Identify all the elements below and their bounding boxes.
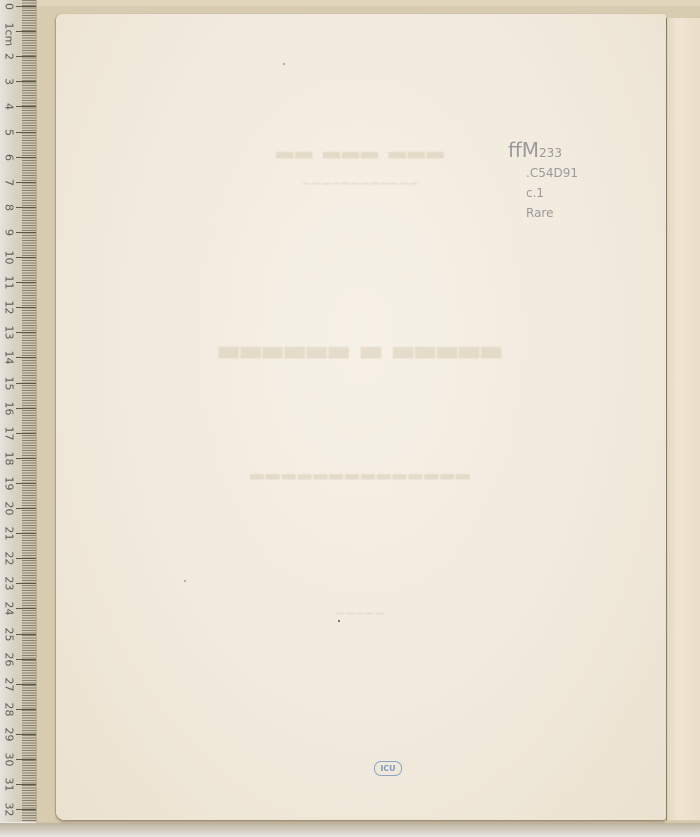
ruler-major-tick	[16, 6, 36, 7]
ruler-number: 25	[4, 625, 15, 643]
ruler-major-tick	[16, 81, 36, 82]
ruler-number: 9	[4, 223, 15, 241]
ruler-number: 3	[4, 73, 15, 91]
ruler-number: 11	[4, 274, 15, 292]
ruler-number: 19	[4, 474, 15, 492]
call-prefix: ff	[508, 138, 522, 162]
ruler-number: 21	[4, 525, 15, 543]
ruler-major-tick	[16, 458, 36, 459]
ruler-major-tick	[16, 56, 36, 57]
ruler-major-tick	[16, 408, 36, 409]
ruler-major-tick	[16, 31, 36, 32]
ruler-major-tick	[16, 734, 36, 735]
paper-speck	[184, 580, 186, 582]
ruler-number: 4	[4, 98, 15, 116]
show-through-text-author: ▃▃▃▃▃▃ ▃ ▃▃▃▃▃	[56, 329, 666, 359]
ruler-number: 29	[4, 725, 15, 743]
call-main: M	[522, 138, 539, 162]
ruler-major-tick	[16, 332, 36, 333]
ruler-major-tick	[16, 106, 36, 107]
ruler-major-tick	[16, 558, 36, 559]
ruler-number: 27	[4, 675, 15, 693]
call-number-class: ffM233	[508, 140, 578, 163]
show-through-text-imprint: ▁▁▁▁▁	[56, 604, 666, 615]
ruler-number: 2	[4, 48, 15, 66]
rare-label: Rare	[508, 203, 578, 223]
ruler-major-tick	[16, 659, 36, 660]
ruler-number: 24	[4, 600, 15, 618]
ruler-major-tick	[16, 809, 36, 810]
paper-speck	[283, 63, 285, 65]
copy-number: c.1	[508, 183, 578, 203]
pencil-call-number: ffM233 .C54D91 c.1 Rare	[508, 140, 578, 223]
ruler-major-tick	[16, 508, 36, 509]
ruler-major-tick	[16, 433, 36, 434]
ruler-number: 5	[4, 123, 15, 141]
call-number-cutter: .C54D91	[508, 163, 578, 183]
ruler-number: 14	[4, 349, 15, 367]
ruler-major-tick	[16, 759, 36, 760]
ruler-ticks	[22, 0, 36, 822]
ruler-number: 26	[4, 650, 15, 668]
ruler-major-tick	[16, 533, 36, 534]
measurement-ruler: 01cm234567891011121314151617181920212223…	[0, 0, 37, 822]
adjacent-page-edge	[666, 18, 700, 820]
ruler-major-tick	[16, 784, 36, 785]
ruler-number: 15	[4, 374, 15, 392]
ruler-major-tick	[16, 207, 36, 208]
ruler-major-tick	[16, 383, 36, 384]
call-sub: 233	[539, 146, 562, 160]
ruler-number: 10	[4, 249, 15, 267]
ruler-major-tick	[16, 684, 36, 685]
ruler-number: 17	[4, 424, 15, 442]
ruler-major-tick	[16, 583, 36, 584]
scanner-bed-edge	[0, 823, 700, 837]
ruler-major-tick	[16, 232, 36, 233]
ruler-number: 32	[4, 801, 15, 819]
ruler-major-tick	[16, 132, 36, 133]
ruler-number: 6	[4, 148, 15, 166]
ruler-major-tick	[16, 608, 36, 609]
ruler-major-tick	[16, 634, 36, 635]
show-through-text-line: ▂▂▂▂▂▂▂▂▂▂▂▂▂▂	[56, 459, 666, 480]
ruler-number: 23	[4, 575, 15, 593]
ruler-number: 8	[4, 198, 15, 216]
ruler-number: 13	[4, 324, 15, 342]
ruler-number: 16	[4, 399, 15, 417]
ruler-major-tick	[16, 157, 36, 158]
ruler-number: 18	[4, 449, 15, 467]
ruler-major-tick	[16, 483, 36, 484]
ruler-major-tick	[16, 282, 36, 283]
ruler-number: 22	[4, 550, 15, 568]
ruler-major-tick	[16, 182, 36, 183]
ruler-number: 1cm	[4, 23, 15, 41]
ruler-number: 30	[4, 751, 15, 769]
library-stamp: ICU	[374, 761, 402, 776]
ruler-major-tick	[16, 307, 36, 308]
ruler-number: 28	[4, 700, 15, 718]
ruler-major-tick	[16, 257, 36, 258]
ruler-number: 7	[4, 173, 15, 191]
ruler-major-tick	[16, 709, 36, 710]
ruler-major-tick	[16, 357, 36, 358]
ruler-number: 20	[4, 500, 15, 518]
paper-speck	[338, 620, 340, 622]
document-page: ▂▂ ▂▂▂ ▂▂▂ ▁▁▁▁▁▁▁▁▁▁▁▁ ▃▃▃▃▃▃ ▃ ▃▃▃▃▃ ▂…	[56, 14, 666, 820]
ruler-number: 31	[4, 776, 15, 794]
ruler-number: 0	[4, 0, 15, 16]
ruler-number: 12	[4, 299, 15, 317]
